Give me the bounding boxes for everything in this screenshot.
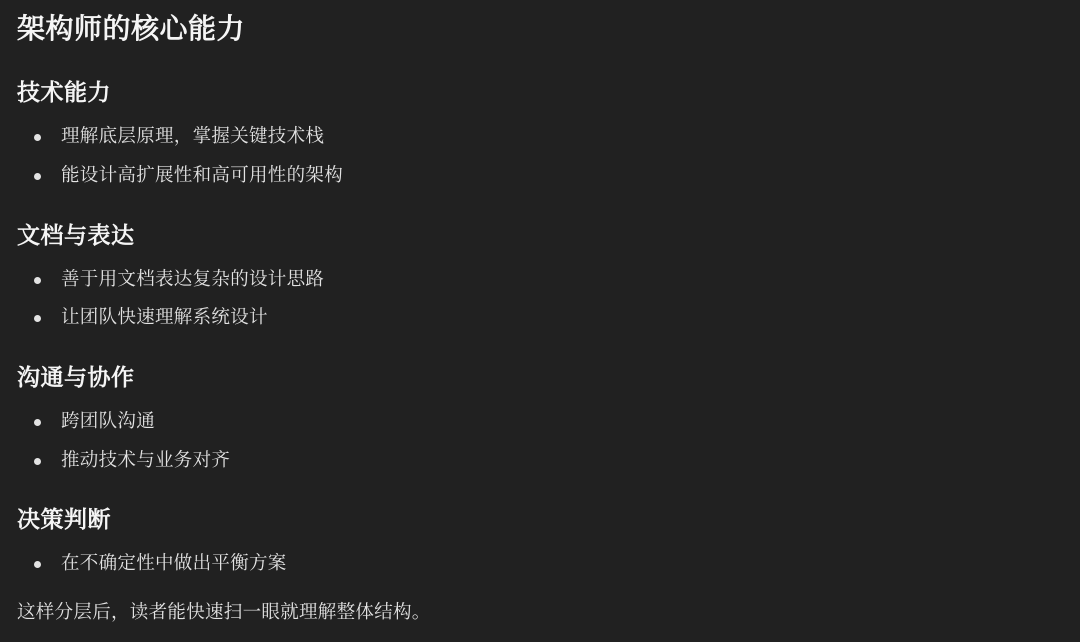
bullet-icon	[34, 134, 41, 141]
section-heading-decision: 决策判断	[17, 505, 111, 535]
bullet-icon	[34, 277, 41, 284]
list-item-text: 跨团队沟通	[61, 408, 155, 436]
bullet-icon	[34, 315, 41, 322]
bullet-icon	[34, 561, 41, 568]
section-heading-documentation: 文档与表达	[17, 221, 135, 251]
section-heading-communication: 沟通与协作	[17, 363, 135, 393]
list-item-text: 能设计高扩展性和高可用性的架构	[61, 162, 343, 190]
list-item-text: 善于用文档表达复杂的设计思路	[61, 266, 324, 294]
bullet-icon	[34, 173, 41, 180]
list-item-text: 让团队快速理解系统设计	[61, 304, 268, 332]
list-item-text: 理解底层原理，掌握关键技术栈	[61, 123, 324, 151]
conclusion-paragraph: 这样分层后，读者能快速扫一眼就理解整体结构。	[17, 599, 431, 627]
section-heading-technical: 技术能力	[17, 78, 111, 108]
bullet-icon	[34, 419, 41, 426]
list-item-text: 推动技术与业务对齐	[61, 447, 230, 475]
list-item-text: 在不确定性中做出平衡方案	[61, 550, 287, 578]
bullet-icon	[34, 458, 41, 465]
page-title: 架构师的核心能力	[17, 11, 245, 47]
